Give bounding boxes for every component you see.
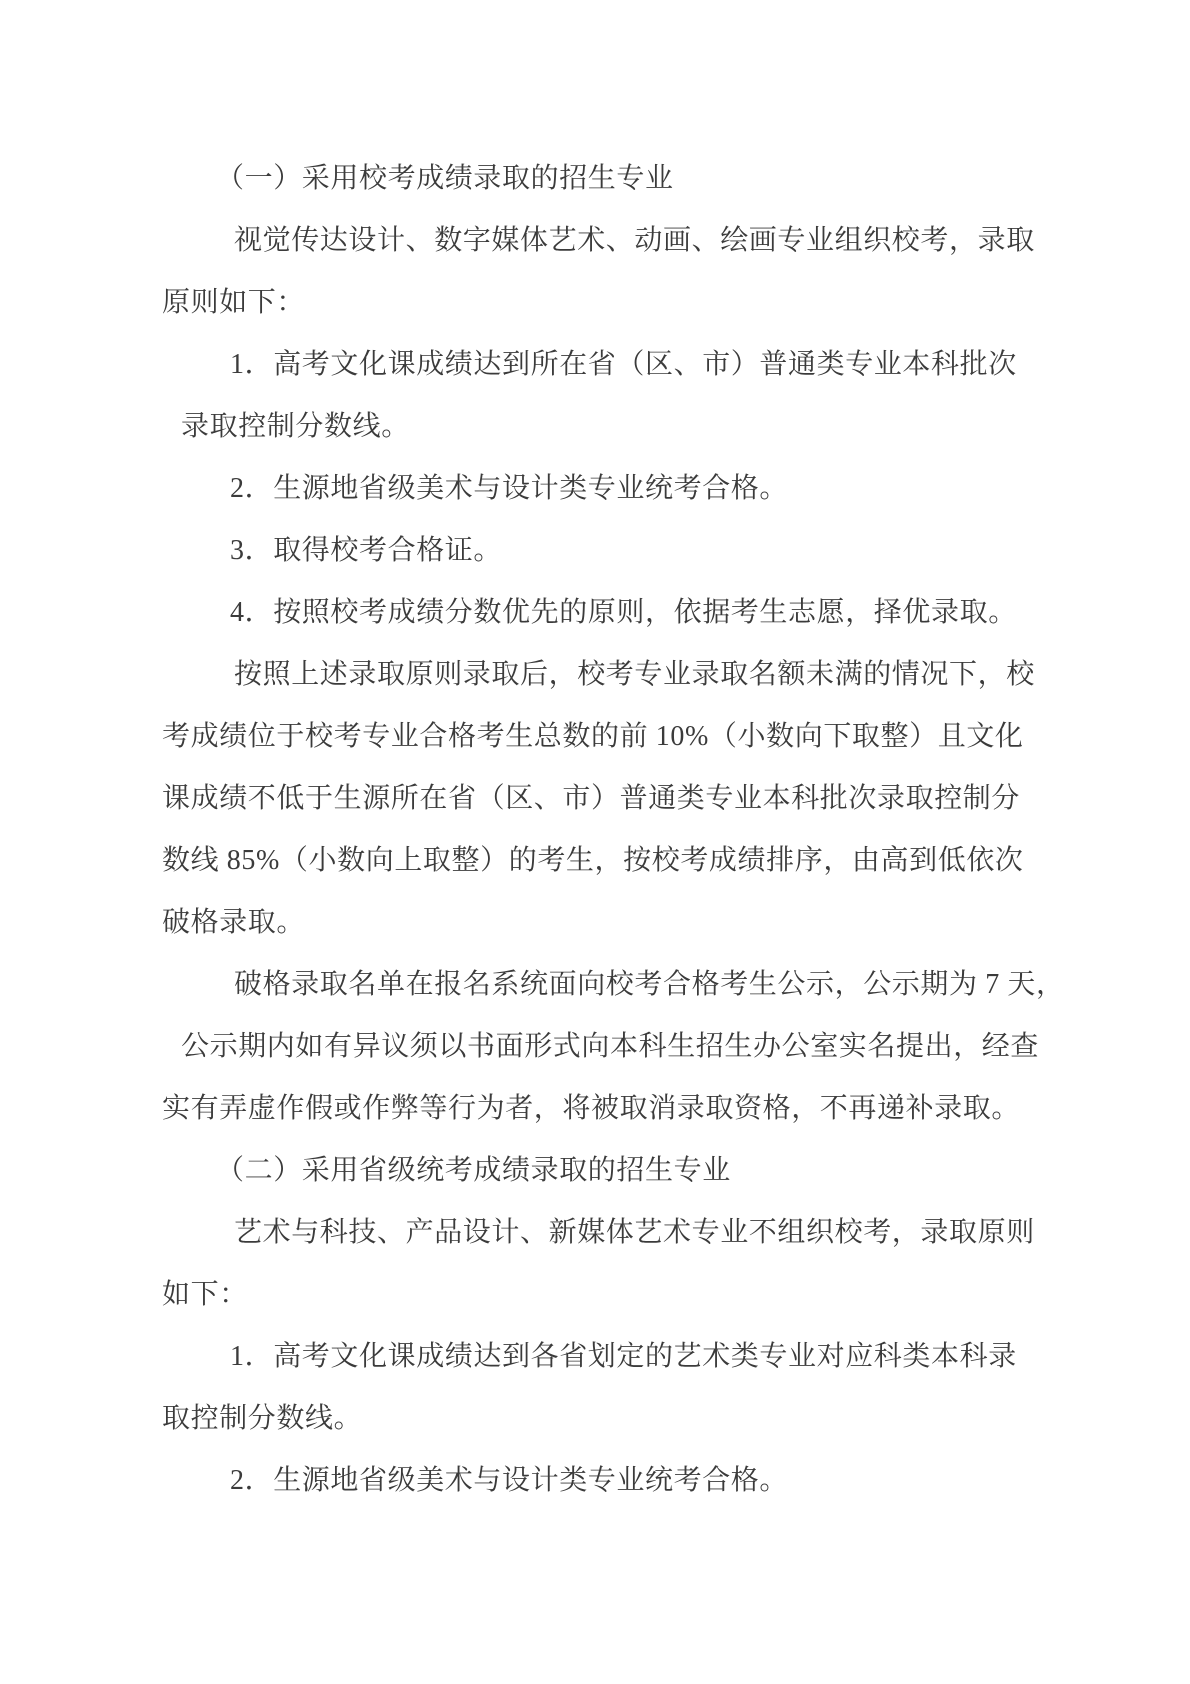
document-text-block: （一）采用校考成绩录取的招生专业 视觉传达设计、数字媒体艺术、动画、绘画专业组织… (162, 148, 1042, 1512)
list-item-2: 2．生源地省级美术与设计类专业统考合格。 (162, 1450, 1042, 1512)
document-page: （一）采用校考成绩录取的招生专业 视觉传达设计、数字媒体艺术、动画、绘画专业组织… (0, 0, 1190, 1684)
doc-line: 破格录取。 (162, 892, 1042, 954)
list-item-4: 4．按照校考成绩分数优先的原则，依据考生志愿，择优录取。 (162, 582, 1042, 644)
doc-line: 视觉传达设计、数字媒体艺术、动画、绘画专业组织校考，录取 (162, 210, 1042, 272)
list-item-1: 1．高考文化课成绩达到所在省（区、市）普通类专业本科批次 (162, 334, 1042, 396)
doc-line: 数线 85%（小数向上取整）的考生，按校考成绩排序，由高到低依次 (162, 830, 1042, 892)
doc-line: 如下： (162, 1264, 1042, 1326)
doc-line: 公示期内如有异议须以书面形式向本科生招生办公室实名提出，经查 (162, 1016, 1042, 1078)
doc-line: 实有弄虚作假或作弊等行为者，将被取消录取资格，不再递补录取。 (162, 1078, 1042, 1140)
doc-line: 破格录取名单在报名系统面向校考合格考生公示，公示期为 7 天， (162, 954, 1042, 1016)
doc-line: 考成绩位于校考专业合格考生总数的前 10%（小数向下取整）且文化 (162, 706, 1042, 768)
doc-line: 取控制分数线。 (162, 1388, 1042, 1450)
doc-line: 按照上述录取原则录取后，校考专业录取名额未满的情况下，校 (162, 644, 1042, 706)
list-item-1: 1．高考文化课成绩达到各省划定的艺术类专业对应科类本科录 (162, 1326, 1042, 1388)
doc-line: 课成绩不低于生源所在省（区、市）普通类专业本科批次录取控制分 (162, 768, 1042, 830)
section-heading-2: （二）采用省级统考成绩录取的招生专业 (162, 1140, 1042, 1202)
section-heading-1: （一）采用校考成绩录取的招生专业 (162, 148, 1042, 210)
doc-line: 艺术与科技、产品设计、新媒体艺术专业不组织校考，录取原则 (162, 1202, 1042, 1264)
doc-line: 录取控制分数线。 (162, 396, 1042, 458)
doc-line: 原则如下： (162, 272, 1042, 334)
list-item-2: 2．生源地省级美术与设计类专业统考合格。 (162, 458, 1042, 520)
list-item-3: 3．取得校考合格证。 (162, 520, 1042, 582)
